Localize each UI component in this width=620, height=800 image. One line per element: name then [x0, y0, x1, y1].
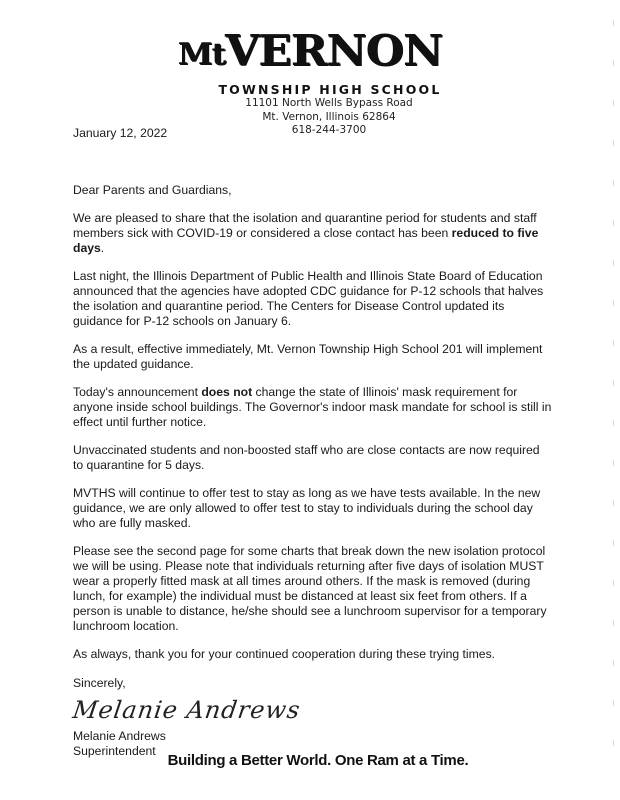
- logo-name: VERNON: [225, 26, 442, 75]
- address-city: Mt. Vernon, Illinois 62864: [0, 111, 620, 125]
- paragraph-quarantine: Unvaccinated students and non-boosted st…: [73, 443, 553, 473]
- salutation: Dear Parents and Guardians,: [73, 183, 553, 198]
- paragraph-isolation-protocol: Please see the second page for some char…: [73, 544, 553, 634]
- paragraph-isolation-reduced: We are pleased to share that the isolati…: [73, 211, 553, 256]
- closing: Sincerely,: [73, 676, 553, 691]
- p1-end: .: [101, 241, 104, 255]
- school-name: TOWNSHIP HIGH SCHOOL: [0, 82, 620, 97]
- p4-emphasis: does not: [201, 385, 252, 399]
- logo-mt: Mt: [178, 37, 225, 72]
- p4-text: Today's announcement: [73, 385, 201, 399]
- letter-date: January 12, 2022: [73, 126, 553, 141]
- school-logo: MtVERNON: [178, 30, 443, 76]
- paragraph-idph-announcement: Last night, the Illinois Department of P…: [73, 269, 553, 329]
- paragraph-test-to-stay: MVTHS will continue to offer test to sta…: [73, 486, 553, 531]
- letter-body: January 12, 2022 Dear Parents and Guardi…: [73, 126, 553, 759]
- signer-name: Melanie Andrews: [73, 729, 553, 744]
- handwritten-signature: Melanie Andrews: [71, 693, 556, 727]
- footer-tagline: Building a Better World. One Ram at a Ti…: [0, 752, 620, 769]
- address-street: 11101 North Wells Bypass Road: [0, 97, 620, 111]
- letterhead: MtVERNON TOWNSHIP HIGH SCHOOL 11101 Nort…: [0, 30, 620, 138]
- paragraph-implementation: As a result, effective immediately, Mt. …: [73, 342, 553, 372]
- paragraph-mask-requirement: Today's announcement does not change the…: [73, 385, 553, 430]
- paragraph-thanks: As always, thank you for your continued …: [73, 647, 553, 662]
